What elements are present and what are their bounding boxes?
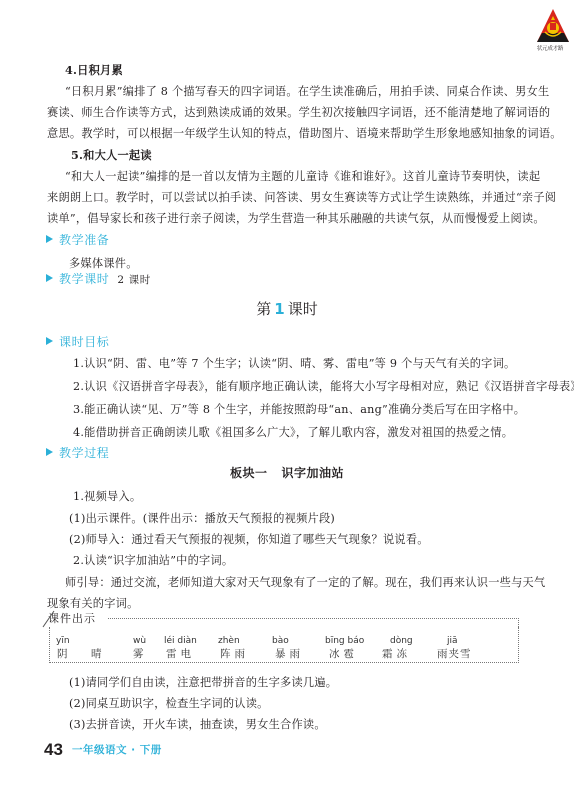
triangle-bullet-icon <box>46 274 53 282</box>
paragraph-line: “日积月累”编排了 8 个描写春天的四字词语。在学生读准确后，用拍手读、同桌合作… <box>65 85 549 99</box>
objective-item: 1.认识“阴、雷、电”等 7 个生字；认读“阴、晴、雾、雷电”等 9 个与天气有… <box>73 357 515 371</box>
pinyin: wù <box>133 636 146 647</box>
preparation-heading: 教学准备 <box>59 233 109 247</box>
paragraph-line: “和大人一起读”编排的是一首以友情为主题的儿童诗《谁和谁好》。这首儿童诗节奏明快… <box>65 170 540 184</box>
lesson-number: 1 <box>274 300 284 318</box>
pinyin: jiā <box>447 636 458 647</box>
paragraph-line: 读单”，倡导家长和孩子进行亲子阅读，为学生营造一种其乐融融的共读气氛，从而慢慢爱… <box>47 212 545 226</box>
process-heading: 教学过程 <box>59 446 109 460</box>
objective-item: 3.能正确认读“见、万”等 8 个生字，并能按照韵母“an、ang”准确分类后写… <box>73 403 525 417</box>
process-step: 2.认读“识字加油站”中的字词。 <box>73 554 233 568</box>
pinyin: dòng <box>390 636 413 647</box>
publisher-logo-text: 状元成才路 <box>530 44 570 52</box>
process-step: (1)出示课件。(课件出示：播放天气预报的视频片段) <box>69 512 335 526</box>
hanzi-word: 雨夹雪 <box>437 648 472 661</box>
paragraph-line: 来朗朗上口。教学时，可以尝试以拍手读、问答读、男女生赛读等方式让学生读熟练，并通… <box>47 191 556 205</box>
lesson-title: 第1课时 <box>0 299 574 319</box>
lesson-prefix: 第 <box>256 300 271 318</box>
process-step: 现象有关的字词。 <box>47 597 139 611</box>
hanzi-word: 雷电 <box>166 648 195 661</box>
hanzi-word: 暴雨 <box>275 648 304 661</box>
pinyin: léi diàn <box>164 636 197 647</box>
hanzi-word: 霜冻 <box>382 648 411 661</box>
book-title: 一年级语文 · 下册 <box>72 743 162 757</box>
process-step: (2)同桌互助识字，检查生字词的认读。 <box>69 697 269 711</box>
process-step: (1)请同学们自由读，注意把带拼音的生字多读几遍。 <box>69 676 337 690</box>
paragraph-line: 意思。教学时，可以根据一年级学生认知的特点，借助图片、语境来帮助学生形象地感知抽… <box>47 127 562 141</box>
block-title-number: 板块一 <box>230 466 268 480</box>
section-heading-4: 4.日积月累 <box>65 63 123 77</box>
hanzi-word: 阵雨 <box>220 648 249 661</box>
objective-item: 2.认识《汉语拼音字母表》，能有顺序地正确认读，能将大小写字母相对应，熟记《汉语… <box>73 380 574 394</box>
block-title: 板块一识字加油站 <box>0 465 574 481</box>
page-number: 43 <box>44 740 63 760</box>
hanzi-word: 阴 <box>57 648 72 661</box>
lesson-suffix: 课时 <box>288 300 318 318</box>
paragraph-line: 赛读、师生合作读等方式，达到熟读成诵的效果。学生初次接触四字词语，还不能清楚地了… <box>47 106 550 120</box>
preparation-content: 多媒体课件。 <box>69 257 138 271</box>
triangle-bullet-icon <box>46 337 53 345</box>
pinyin: bīng báo <box>325 636 364 647</box>
hanzi-word: 冰雹 <box>329 648 358 661</box>
block-title-name: 识字加油站 <box>282 466 345 480</box>
pinyin: bào <box>272 636 289 647</box>
process-step: 1.视频导入。 <box>73 490 141 504</box>
section-header-process: 教学过程 <box>46 445 109 461</box>
triangle-bullet-icon <box>46 235 53 243</box>
section-header-periods: 教学课时2 课时 <box>46 271 151 288</box>
process-step: (2)师导入：通过看天气预报的视频，你知道了哪些天气现象？说说看。 <box>69 533 429 547</box>
process-step: (3)去拼音读，开火车读，抽查读，男女生合作读。 <box>69 718 326 732</box>
courseware-label: 课件出示 <box>48 612 96 626</box>
process-step: 师引导：通过交流，老师知道大家对天气现象有了一定的了解。现在，我们再来认识一些与… <box>65 576 545 590</box>
pinyin: zhèn <box>218 636 240 647</box>
pinyin: yīn <box>56 636 70 647</box>
objective-item: 4.能借助拼音正确朗读儿歌《祖国多么广大》，了解儿歌内容，激发对祖国的热爱之情。 <box>73 426 513 440</box>
hanzi-word: 雾 <box>133 648 148 661</box>
hanzi-word: 晴 <box>91 648 106 661</box>
section-header-objectives: 课时目标 <box>46 334 109 350</box>
section-heading-5: 5.和大人一起读 <box>71 148 152 162</box>
periods-heading: 教学课时 <box>59 272 109 286</box>
courseware-slash-icon <box>42 610 56 628</box>
objectives-heading: 课时目标 <box>59 335 109 349</box>
section-header-preparation: 教学准备 <box>46 232 109 248</box>
triangle-bullet-icon <box>46 448 53 456</box>
periods-value: 2 课时 <box>117 274 150 286</box>
